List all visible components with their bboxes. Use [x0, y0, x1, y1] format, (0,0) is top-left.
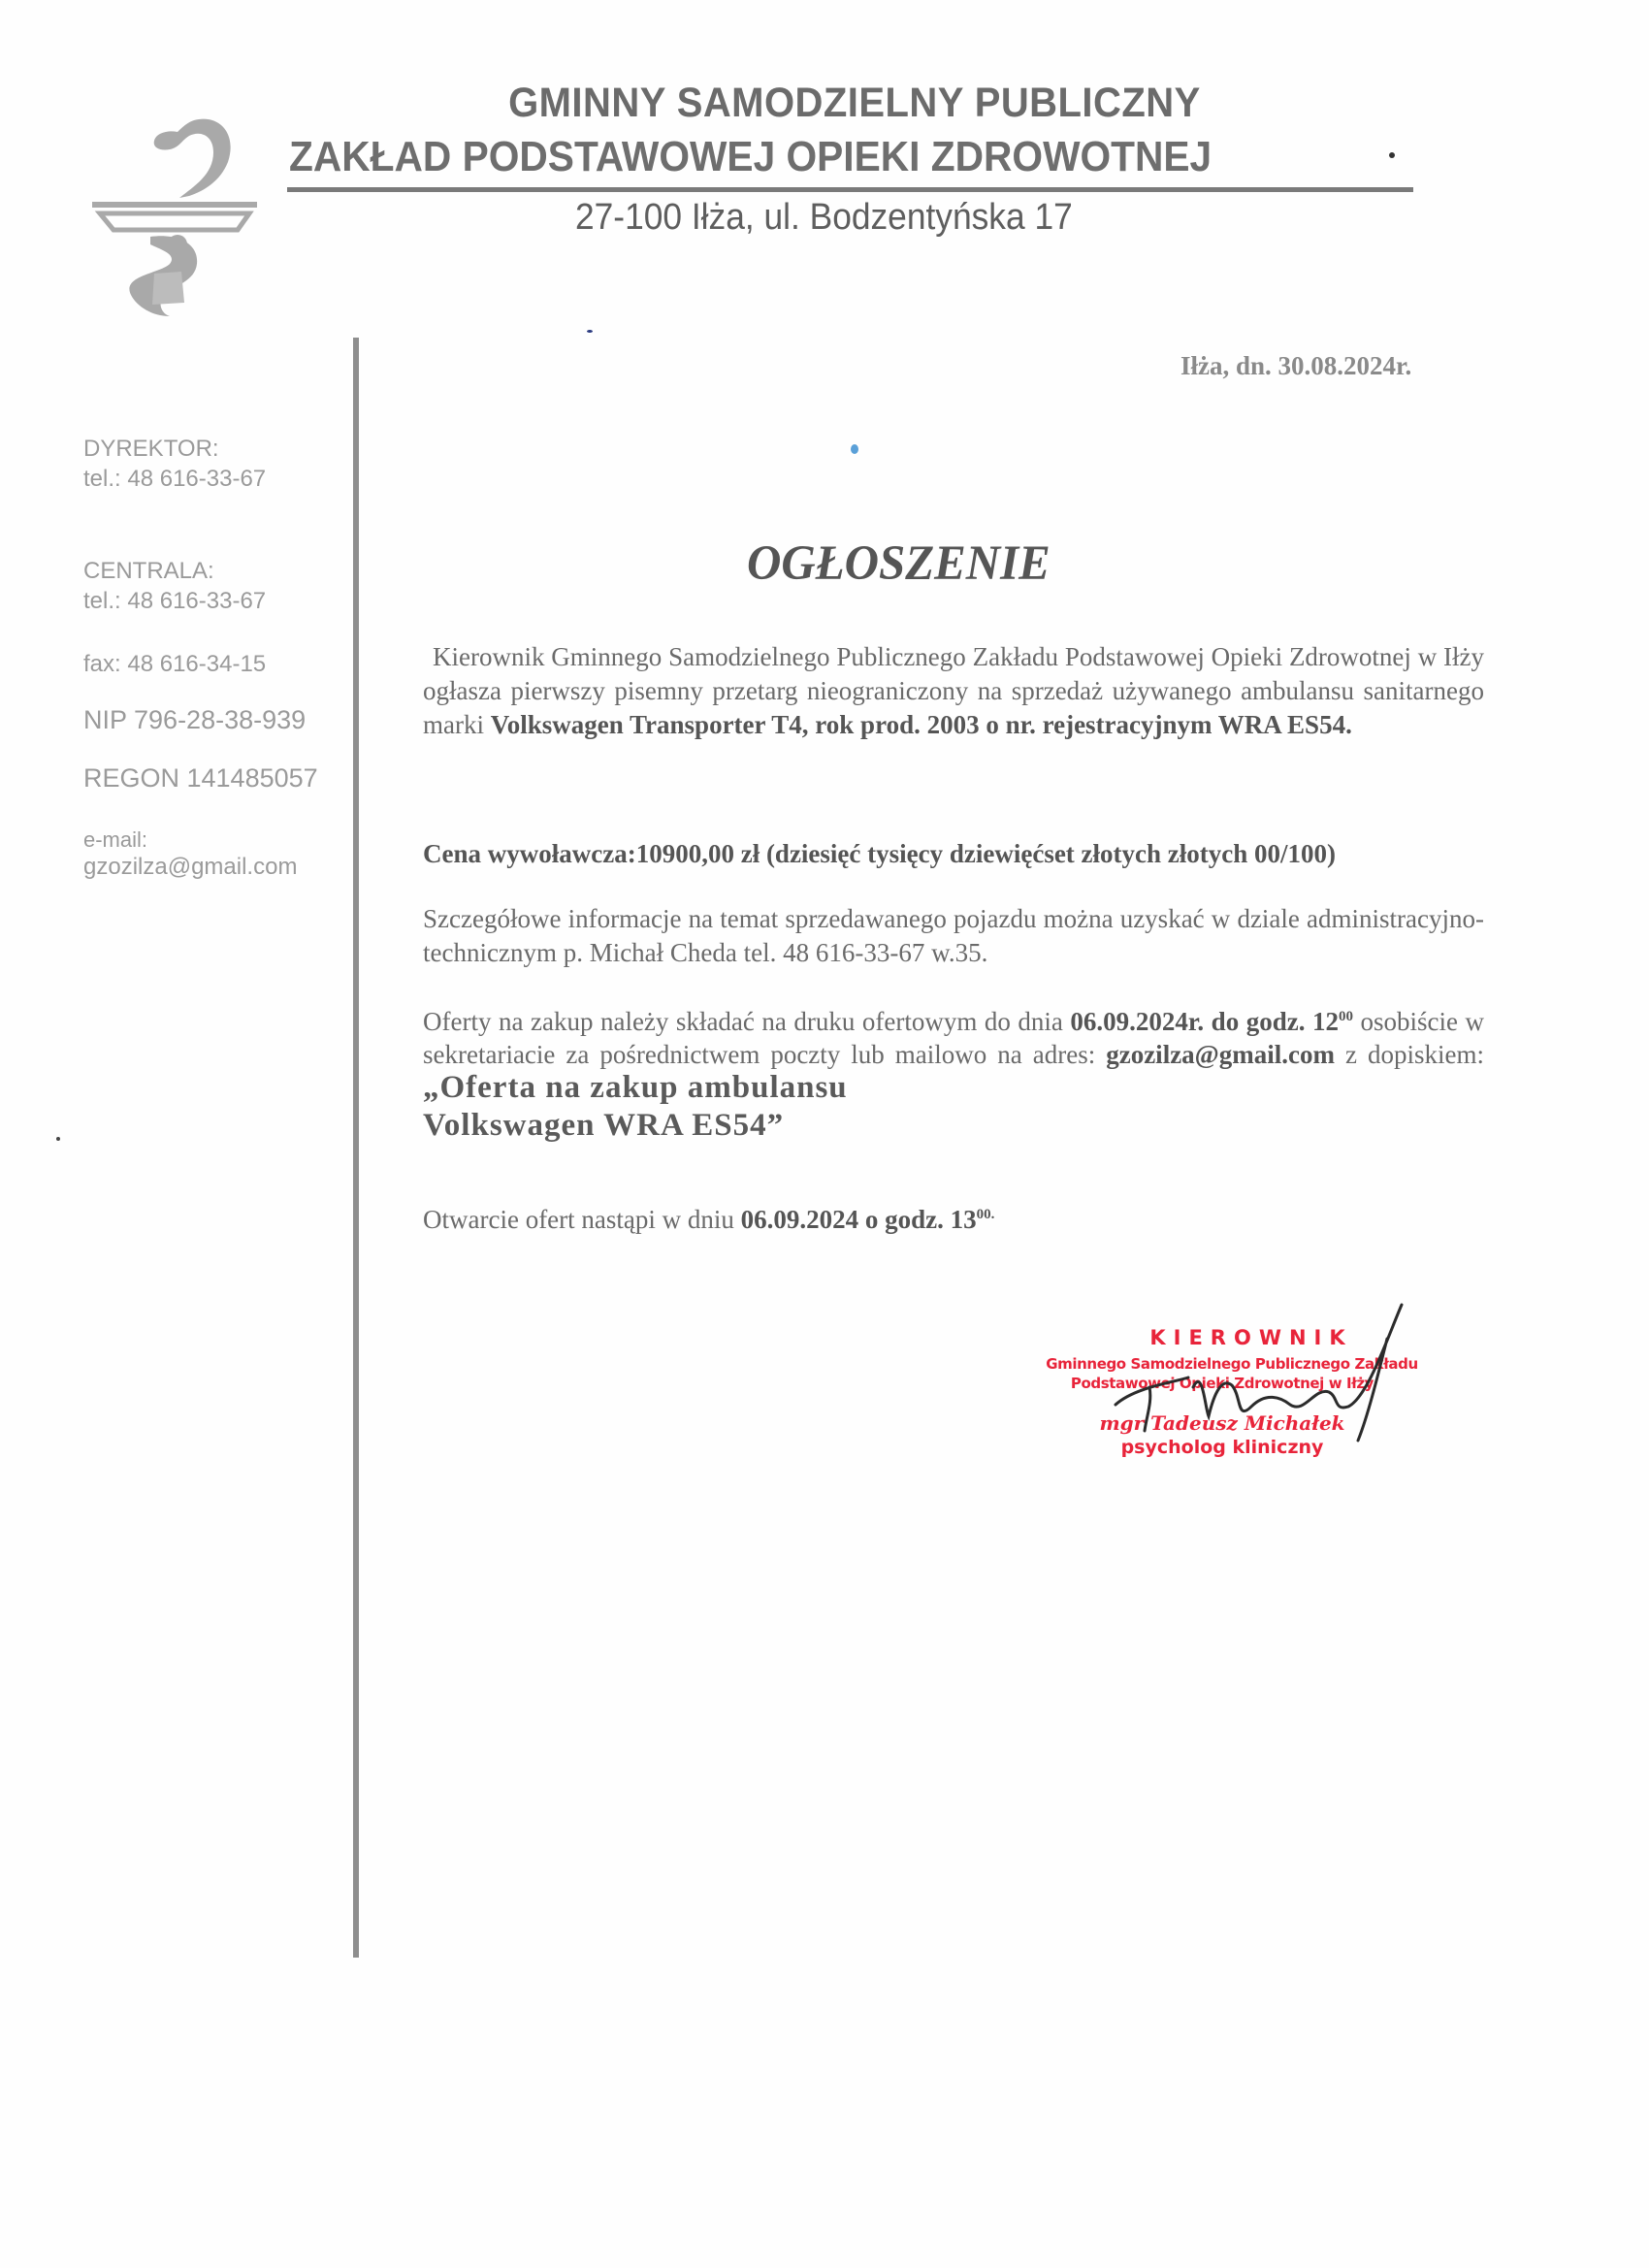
director-label: DYREKTOR:	[83, 435, 219, 464]
scan-speck	[1389, 152, 1395, 158]
header-institution-line1: GMINNY SAMODZIELNY PUBLICZNY	[332, 80, 1378, 127]
scan-speck	[587, 330, 593, 333]
header-divider	[287, 187, 1413, 192]
email-address: gzozilza@gmail.com	[83, 853, 297, 882]
offer-subject-line2: Volkswagen WRA ES54”	[423, 1105, 1484, 1146]
sidebar-divider	[353, 338, 359, 1958]
director-phone: tel.: 48 616-33-67	[83, 465, 266, 494]
scan-speck	[851, 444, 858, 454]
document-date: Iłża, dn. 30.08.2024r.	[1180, 351, 1411, 381]
scan-speck	[56, 1137, 60, 1141]
vehicle-details: Volkswagen Transporter T4, rok prod. 200…	[491, 710, 1352, 739]
opening-text: Otwarcie ofert nastąpi w dniu	[423, 1205, 741, 1234]
paragraph-offers: Oferty na zakup należy składać na druku …	[423, 1005, 1484, 1146]
document-page: GMINNY SAMODZIELNY PUBLICZNY ZAKŁAD PODS…	[0, 0, 1649, 2268]
header-institution-line2: ZAKŁAD PODSTAWOWEJ OPIEKI ZDROWOTNEJ	[289, 133, 1212, 181]
offers-email: gzozilza@gmail.com	[1106, 1040, 1335, 1069]
offer-deadline: 06.09.2024r. do godz. 12	[1070, 1007, 1339, 1036]
deadline-minutes: 00	[1339, 1009, 1353, 1024]
document-title: OGŁOSZENIE	[747, 535, 1051, 592]
starting-price: Cena wywoławcza:10900,00 zł (dziesięć ty…	[423, 839, 1336, 868]
paragraph-opening: Otwarcie ofert nastąpi w dniu 06.09.2024…	[423, 1203, 1484, 1237]
header-address: 27-100 Iłża, ul. Bodzentyńska 17	[575, 197, 1073, 239]
opening-minutes: 00.	[977, 1207, 995, 1222]
opening-datetime: 06.09.2024 o godz. 13	[741, 1205, 977, 1234]
switchboard-phone: tel.: 48 616-33-67	[83, 587, 266, 616]
switchboard-label: CENTRALA:	[83, 557, 214, 586]
email-label: e-mail:	[83, 826, 147, 855]
paragraph-price: Cena wywoławcza:10900,00 zł (dziesięć ty…	[423, 837, 1484, 871]
offers-text-3: z dopiskiem:	[1335, 1040, 1484, 1069]
regon-number: REGON 141485057	[83, 763, 318, 793]
paragraph-details: Szczegółowe informacje na temat sprzedaw…	[423, 902, 1484, 970]
offers-text: Oferty na zakup należy składać na druku …	[423, 1007, 1070, 1036]
nip-number: NIP 796-28-38-939	[83, 705, 306, 734]
bowl-of-hygieia-icon	[92, 109, 257, 317]
offer-subject-line1: „Oferta na zakup ambulansu	[423, 1070, 848, 1105]
paragraph-announcement: Kierownik Gminnego Samodzielnego Publicz…	[423, 640, 1484, 742]
handwritten-signature	[1096, 1300, 1426, 1445]
fax-number: fax: 48 616-34-15	[83, 650, 266, 679]
